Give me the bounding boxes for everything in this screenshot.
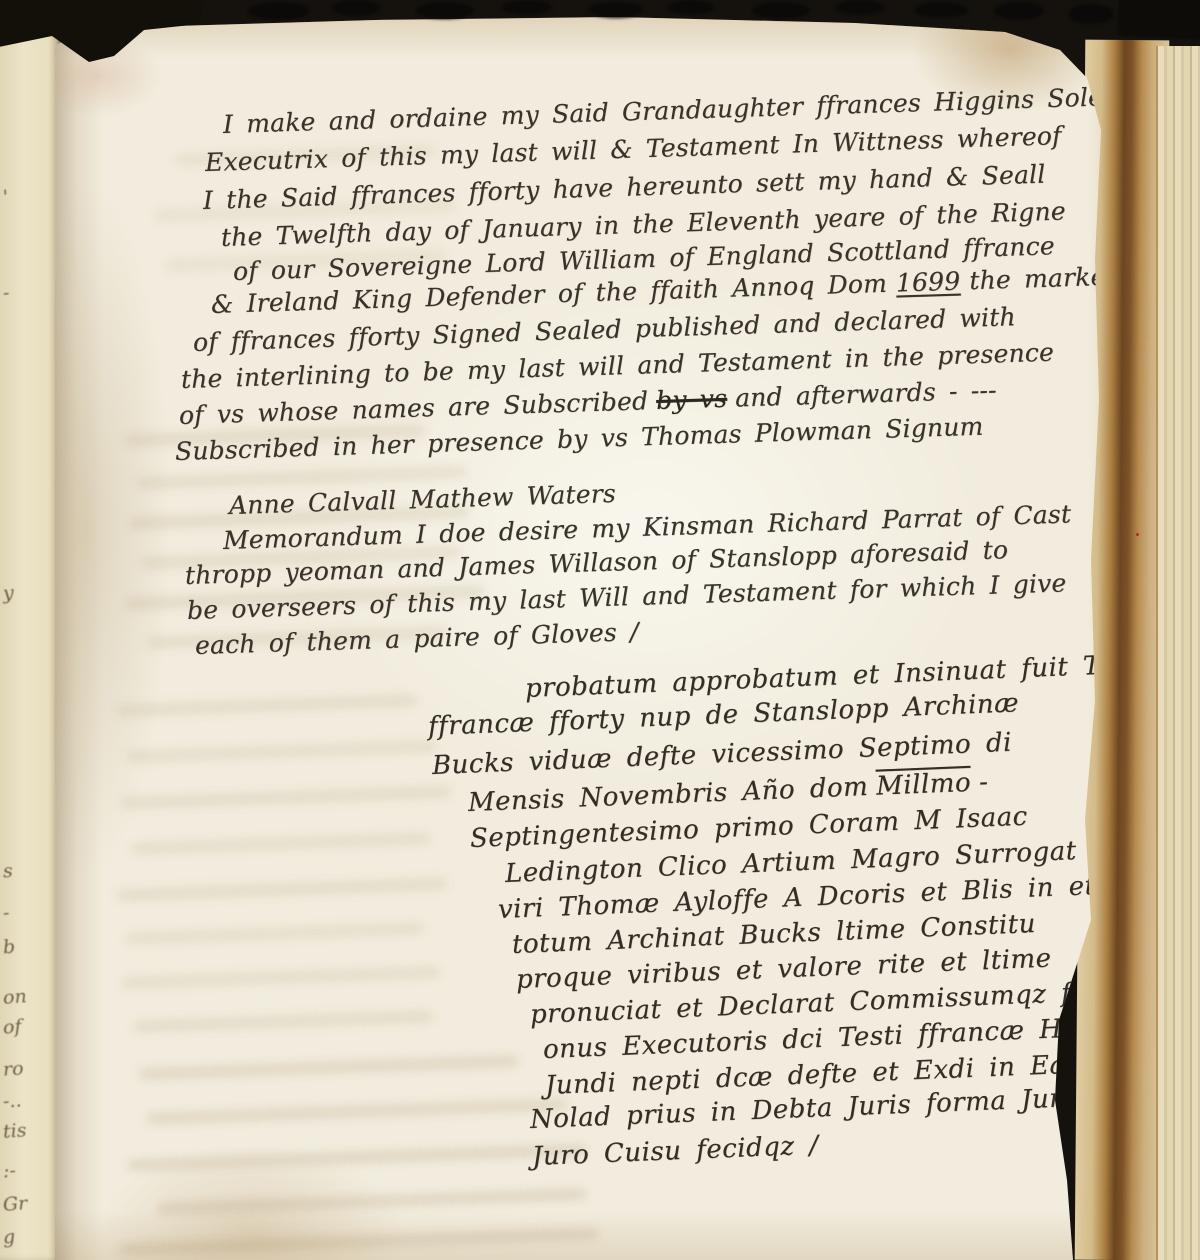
frame-blob (752, 2, 810, 19)
margin-fragment: -.. (2, 1091, 22, 1111)
margin-fragment: y (2, 584, 14, 604)
frame-blob (588, 2, 644, 18)
margin-fragment: b (2, 938, 15, 958)
latin-line-4-text: - (978, 767, 988, 797)
frame-blob (836, 0, 884, 15)
red-speck (1136, 533, 1139, 536)
manuscript-page: I make and ordaine my Said Grandaughter … (55, 0, 1140, 1260)
frame-blob (994, 2, 1044, 20)
frame-blob (914, 2, 968, 18)
latin-line-1: probatum approbatum et Insinuat fuit Tes (524, 652, 1129, 702)
margin-fragment: tis (2, 1121, 27, 1142)
facing-page-edge: ' - y s - b on of ro -.. tis :- Gr g (0, 26, 62, 1260)
margin-fragment: s (2, 862, 13, 882)
frame-blob (332, 0, 380, 16)
margin-fragment: - (2, 904, 10, 923)
english-line-9-text: and afterwards - --- (735, 375, 997, 412)
margin-fragment: on (2, 987, 27, 1008)
margin-fragment: g (2, 1228, 15, 1248)
margin-fragment: :- (2, 1162, 16, 1182)
frame-blob (1068, 4, 1114, 24)
manuscript-photo: ' - y s - b on of ro -.. tis :- Gr g (0, 0, 1200, 1260)
margin-fragment: ' (2, 188, 9, 207)
margin-fragment: ro (2, 1059, 24, 1079)
latin-line-14: Juro Cuisu fecidqz / (531, 1133, 819, 1170)
frame-blob (668, 0, 714, 15)
english-line-11-witnesses: Anne Calvall Mathew Waters (229, 481, 617, 518)
frame-blob (502, 0, 552, 15)
english-line-15: each of them a paire of Gloves / (195, 619, 639, 658)
frame-blob (416, 2, 474, 19)
margin-fragment: Gr (2, 1194, 28, 1215)
struck-out-words: by vs (656, 384, 728, 415)
margin-fragment: of (2, 1017, 22, 1037)
margin-fragment: - (2, 284, 10, 303)
abbreviation-overlined: Millmo (876, 768, 972, 802)
english-line-6-text: the marke (969, 262, 1106, 295)
frame-corner-top-right (1117, 0, 1200, 40)
frame-blob (248, 2, 310, 20)
next-page-edge (1156, 46, 1200, 1260)
regnal-year-underlined: 1699 (895, 266, 960, 297)
